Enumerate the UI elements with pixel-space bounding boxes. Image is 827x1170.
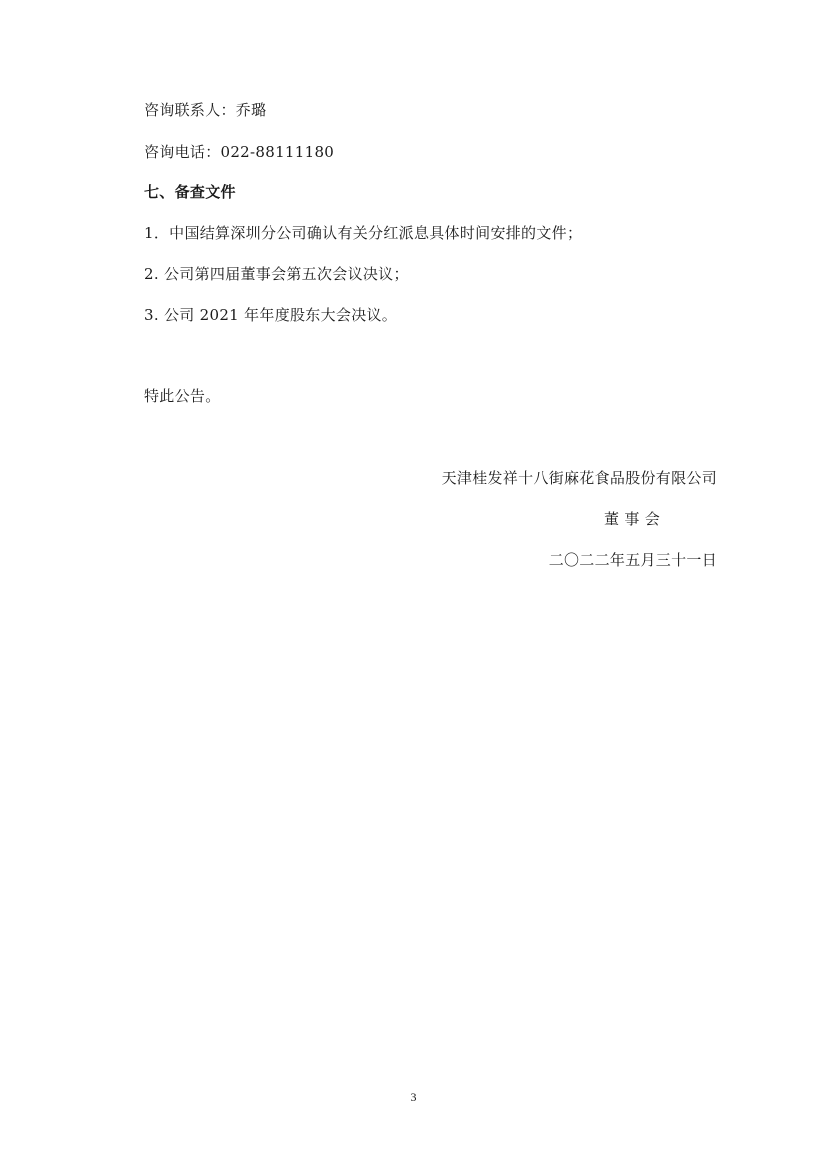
contact-phone: 咨询电话：022-88111180	[144, 142, 334, 162]
list-item: 2. 公司第四届董事会第五次会议决议；	[144, 264, 409, 284]
closing-text: 特此公告。	[144, 386, 221, 406]
section-heading: 七、备查文件	[144, 182, 236, 202]
signature-date: 二〇二二年五月三十一日	[549, 550, 717, 570]
signature-board: 董 事 会	[604, 509, 660, 529]
page-number: 3	[0, 1090, 827, 1105]
list-item: 3. 公司 2021 年年度股东大会决议。	[144, 305, 397, 325]
signature-company: 天津桂发祥十八街麻花食品股份有限公司	[442, 468, 717, 488]
list-item: 1．中国结算深圳分公司确认有关分红派息具体时间安排的文件；	[144, 223, 582, 243]
contact-person: 咨询联系人：乔璐	[144, 100, 266, 120]
